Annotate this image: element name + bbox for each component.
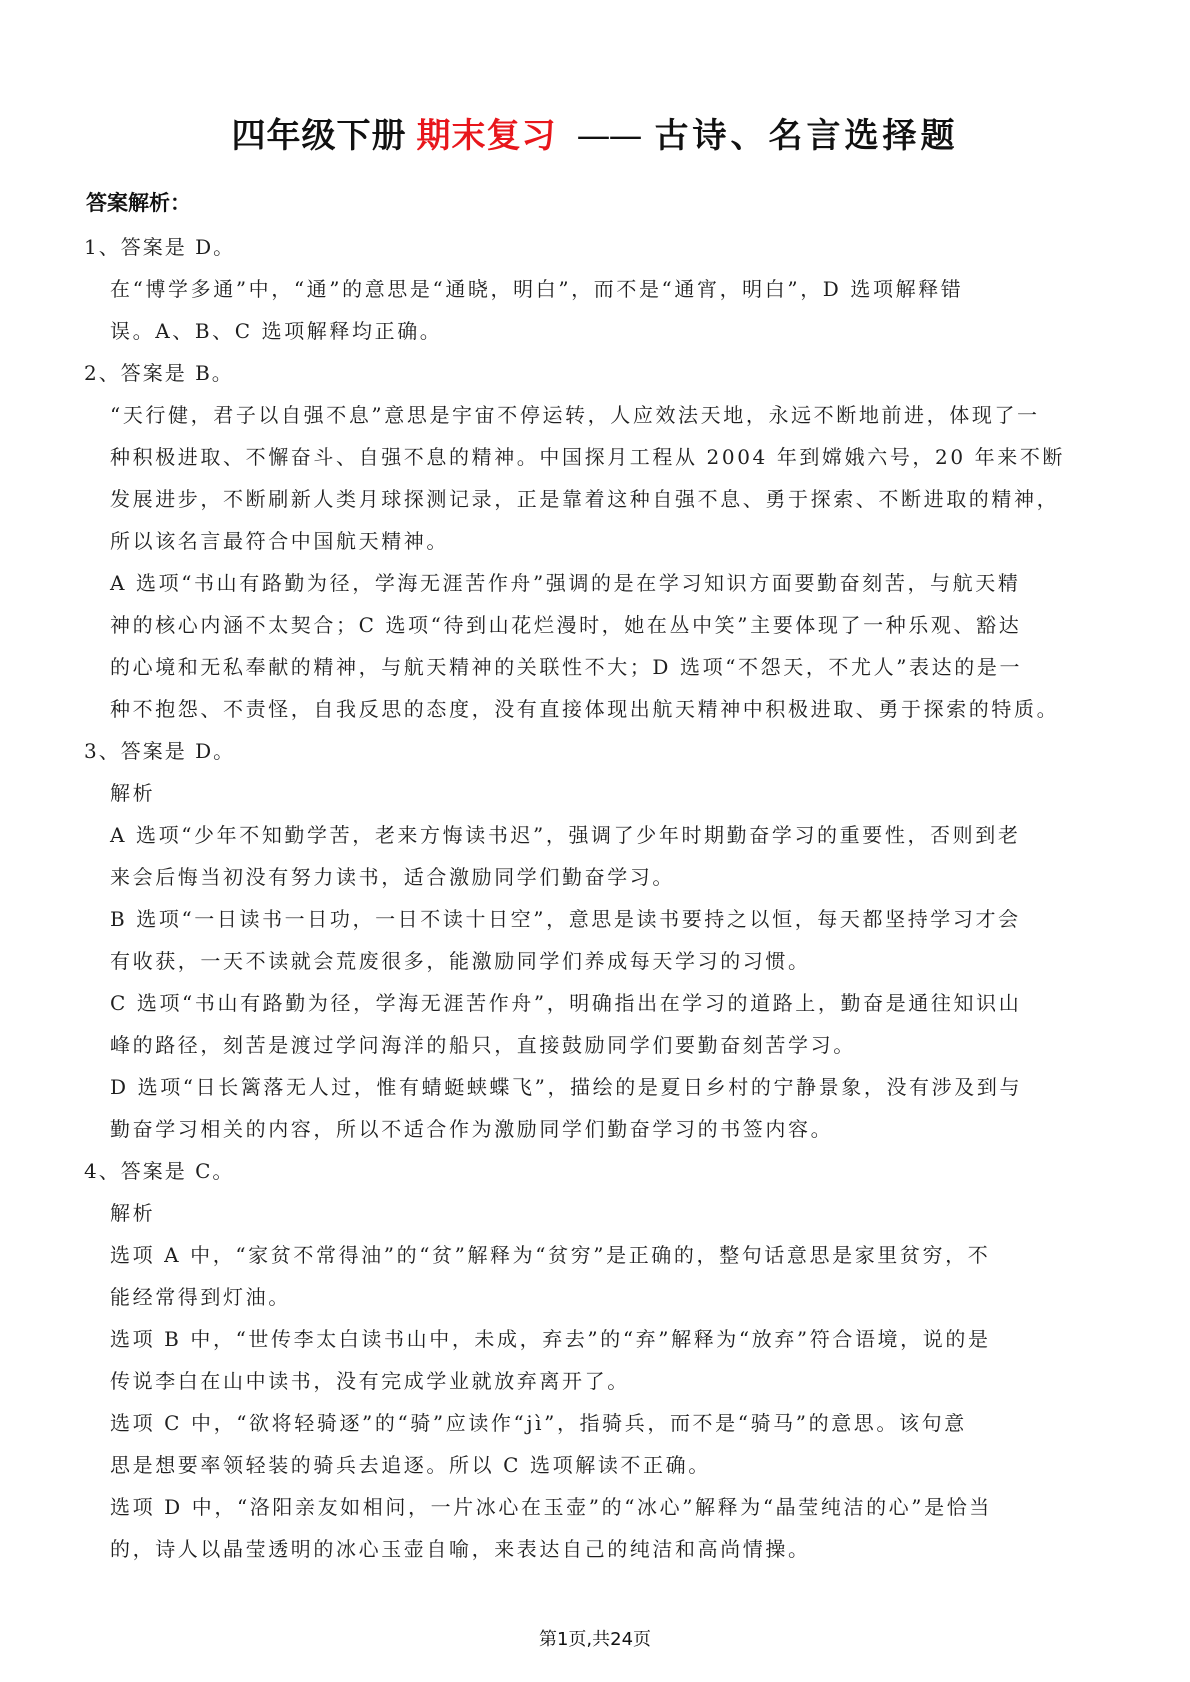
- answer-4-line: 选项 C 中，“欲将轻骑逐”的“骑”应读作“jì”，指骑兵，而不是“骑马”的意思…: [84, 1402, 1114, 1444]
- page-indicator: 第1页,共24页: [0, 1628, 1190, 1652]
- document-page: 四年级下册期末复习——古诗、名言选择题 答案解析： 1、答案是 D。 在“博学多…: [0, 0, 1190, 1682]
- answer-1-header: 1、答案是 D。: [84, 226, 1114, 268]
- answer-4-header: 4、答案是 C。: [84, 1150, 1114, 1192]
- section-heading: 答案解析：: [86, 188, 191, 218]
- answer-4-line: 选项 D 中，“洛阳亲友如相问，一片冰心在玉壶”的“冰心”解释为“晶莹纯洁的心”…: [84, 1486, 1114, 1528]
- answer-4-line: 选项 A 中，“家贫不常得油”的“贫”解释为“贫穷”是正确的，整句话意思是家里贫…: [84, 1234, 1114, 1276]
- answer-3-line: 解析: [84, 772, 1114, 814]
- answer-2-line: 神的核心内涵不太契合；C 选项“待到山花烂漫时，她在丛中笑”主要体现了一种乐观、…: [84, 604, 1114, 646]
- answer-3-line: 勤奋学习相关的内容，所以不适合作为激励同学们勤奋学习的书签内容。: [84, 1108, 1114, 1150]
- title-grade: 四年级下册: [232, 116, 407, 156]
- page-title: 四年级下册期末复习——古诗、名言选择题: [0, 112, 1190, 160]
- answer-4-line: 传说李白在山中读书，没有完成学业就放弃离开了。: [84, 1360, 1114, 1402]
- answer-2-line: “天行健，君子以自强不息”意思是宇宙不停运转，人应效法天地，永远不断地前进，体现…: [84, 394, 1114, 436]
- answer-2-line: A 选项“书山有路勤为径，学海无涯苦作舟”强调的是在学习知识方面要勤奋刻苦，与航…: [84, 562, 1114, 604]
- answer-3-line: 峰的路径，刻苦是渡过学问海洋的船只，直接鼓励同学们要勤奋刻苦学习。: [84, 1024, 1114, 1066]
- title-subject: 古诗、名言选择题: [655, 116, 959, 156]
- answer-4-line: 思是想要率领轻装的骑兵去追逐。所以 C 选项解读不正确。: [84, 1444, 1114, 1486]
- answer-3-line: C 选项“书山有路勤为径，学海无涯苦作舟”，明确指出在学习的道路上，勤奋是通往知…: [84, 982, 1114, 1024]
- answer-1-line: 在“博学多通”中，“通”的意思是“通晓，明白”，而不是“通宵，明白”，D 选项解…: [84, 268, 1114, 310]
- answer-2-line: 种积极进取、不懈奋斗、自强不息的精神。中国探月工程从 2004 年到嫦娥六号，2…: [84, 436, 1114, 478]
- answer-1-line: 误。A、B、C 选项解释均正确。: [84, 310, 1114, 352]
- answer-2-line: 种不抱怨、不责怪，自我反思的态度，没有直接体现出航天精神中积极进取、勇于探索的特…: [84, 688, 1114, 730]
- answer-list: 1、答案是 D。 在“博学多通”中，“通”的意思是“通晓，明白”，而不是“通宵，…: [84, 226, 1114, 1570]
- answer-2-line: 的心境和无私奉献的精神，与航天精神的关联性不大；D 选项“不怨天，不尤人”表达的…: [84, 646, 1114, 688]
- answer-3-line: A 选项“少年不知勤学苦，老来方悔读书迟”，强调了少年时期勤奋学习的重要性，否则…: [84, 814, 1114, 856]
- answer-4-line: 的，诗人以晶莹透明的冰心玉壶自喻，来表达自己的纯洁和高尚情操。: [84, 1528, 1114, 1570]
- answer-3-line: 来会后悔当初没有努力读书，适合激励同学们勤奋学习。: [84, 856, 1114, 898]
- answer-4-line: 选项 B 中，“世传李太白读书山中，未成，弃去”的“弃”解释为“放弃”符合语境，…: [84, 1318, 1114, 1360]
- answer-2-line: 所以该名言最符合中国航天精神。: [84, 520, 1114, 562]
- answer-4-line: 解析: [84, 1192, 1114, 1234]
- answer-2-header: 2、答案是 B。: [84, 352, 1114, 394]
- answer-2-line: 发展进步，不断刷新人类月球探测记录，正是靠着这种自强不息、勇于探索、不断进取的精…: [84, 478, 1114, 520]
- answer-3-line: B 选项“一日读书一日功，一日不读十日空”，意思是读书要持之以恒，每天都坚持学习…: [84, 898, 1114, 940]
- answer-4-line: 能经常得到灯油。: [84, 1276, 1114, 1318]
- answer-3-line: D 选项“日长篱落无人过，惟有蜻蜓蛱蝶飞”，描绘的是夏日乡村的宁静景象，没有涉及…: [84, 1066, 1114, 1108]
- answer-3-header: 3、答案是 D。: [84, 730, 1114, 772]
- title-dash: ——: [577, 116, 641, 156]
- title-highlight: 期末复习: [417, 116, 557, 156]
- answer-3-line: 有收获，一天不读就会荒废很多，能激励同学们养成每天学习的习惯。: [84, 940, 1114, 982]
